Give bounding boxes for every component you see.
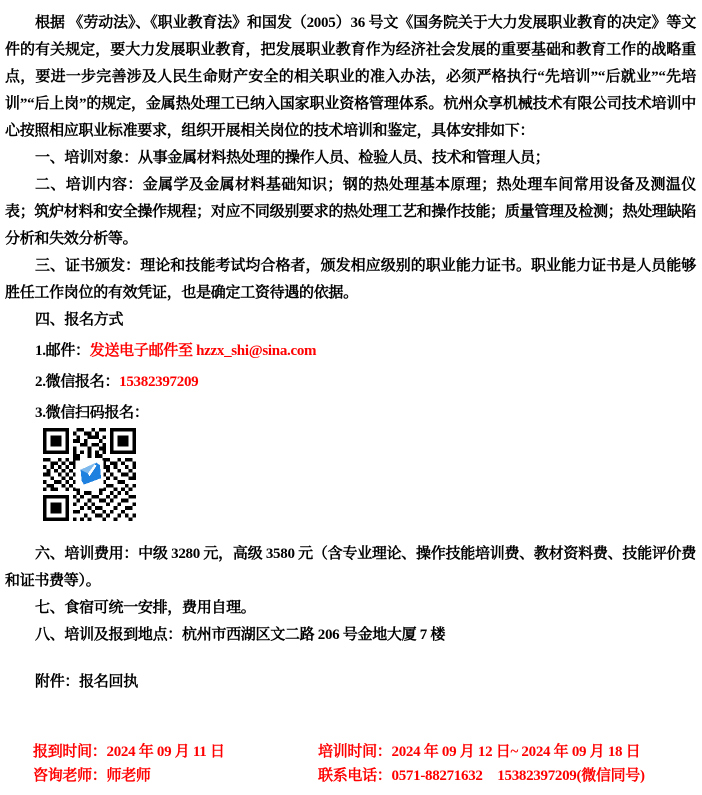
section-training-content: 二、培训内容：金属学及金属材料基础知识；钢的热处理基本原理；热处理车间常用设备及… [5,172,696,253]
qr-code-graphic [42,428,137,521]
signup-qr-label: 3.微信扫码报名： [5,400,696,427]
section-training-audience: 一、培训对象：从事金属材料热处理的操作人员、检验人员、技术和管理人员； [5,145,696,172]
signup-email-item: 1.邮件：发送电子邮件至 hzzx_shi@sina.com [5,338,696,365]
consultant-line: 咨询老师：师老师 [33,764,318,788]
signup-wechat-label: 2.微信报名： [35,374,119,390]
consultant-value: 师老师 [107,768,151,784]
section-accommodation: 七、食宿可统一安排，费用自理。 [5,595,696,622]
attachment-note: 附件：报名回执 [5,669,696,696]
footer-left-column: 报到时间：2024 年 09 月 11 日 咨询老师：师老师 [33,740,318,788]
consultant-label: 咨询老师： [33,768,107,784]
training-time-label: 培训时间： [318,744,392,760]
section-certificate-issuance: 三、证书颁发：理论和技能考试均合格者，颁发相应级别的职业能力证书。职业能力证书是… [5,253,696,307]
contact-phone-label: 联系电话： [318,768,392,784]
section-training-fee: 六、培训费用：中级 3280 元，高级 3580 元（含专业理论、操作技能培训费… [5,541,696,595]
signup-wechat-item: 2.微信报名：15382397209 [5,369,696,396]
checkin-time-line: 报到时间：2024 年 09 月 11 日 [33,740,318,764]
section-training-location: 八、培训及报到地点：杭州市西湖区文二路 206 号金地大厦 7 楼 [5,622,696,649]
signup-email-address: 发送电子邮件至 hzzx_shi@sina.com [90,343,316,359]
checkin-time-value: 2024 年 09 月 11 日 [107,744,225,760]
wechat-signup-qr-code [42,428,137,521]
training-time-line: 培训时间：2024 年 09 月 12 日~ 2024 年 09 月 18 日 [318,740,696,764]
checkin-time-label: 报到时间： [33,744,107,760]
signup-wechat-phone: 15382397209 [119,374,198,390]
training-notice-document: 根据 《劳动法》、《职业教育法》和国发（2005）36 号文《国务院关于大力发展… [0,0,702,795]
contact-phone-line: 联系电话：0571-88271632 15382397209(微信同号) [318,764,696,788]
section-signup-method-heading: 四、报名方式 [5,307,696,334]
signup-email-label: 1.邮件： [35,343,90,359]
contact-phone-value: 0571-88271632 15382397209(微信同号) [392,768,645,784]
intro-paragraph: 根据 《劳动法》、《职业教育法》和国发（2005）36 号文《国务院关于大力发展… [5,10,696,145]
contact-footer: 报到时间：2024 年 09 月 11 日 咨询老师：师老师 培训时间：2024… [5,740,696,788]
training-time-value: 2024 年 09 月 12 日~ 2024 年 09 月 18 日 [392,744,641,760]
footer-right-column: 培训时间：2024 年 09 月 12 日~ 2024 年 09 月 18 日 … [318,740,696,788]
